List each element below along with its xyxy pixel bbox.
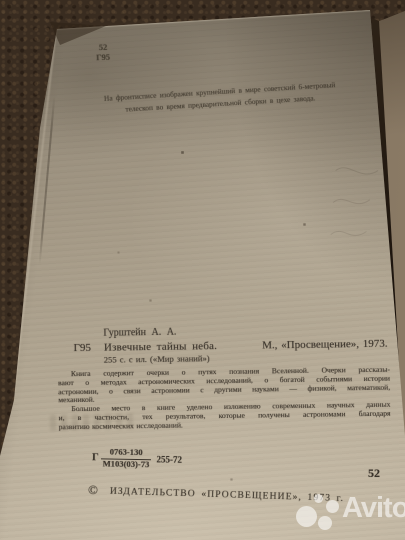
page-left-edge	[12, 30, 57, 403]
paper-specks	[0, 0, 1, 1]
page-crease	[39, 95, 55, 264]
avito-brand-text: Avito	[342, 492, 405, 525]
catalog-fraction: 0763-130 М103(03)-73	[101, 447, 152, 470]
catalog-prefix: Г	[92, 453, 99, 464]
imprint-page: 52 Г95 На фронтисписе изображен крупнейш…	[0, 0, 405, 540]
catalog-letter-index: Г95	[73, 342, 91, 354]
library-codes: 52 Г95	[96, 43, 111, 63]
imprint: М., «Просвещение», 1973.	[262, 338, 388, 352]
book-title: Извечные тайны неба.	[104, 340, 217, 354]
avito-watermark: Avito	[296, 492, 405, 540]
author-name: Гурштейн А. А.	[103, 324, 389, 339]
copyright-icon: ©	[88, 482, 98, 498]
bibliographic-entry: Гурштейн А. А. Г95 Извечные тайны неба. …	[57, 324, 390, 432]
frontispiece-note: На фронтисписе изображен крупнейший в ми…	[64, 77, 377, 118]
author-sign-code: Г95	[96, 52, 110, 62]
avito-logo-icon	[296, 494, 342, 538]
catalog-suffix: 255-72	[156, 454, 182, 464]
catalog-index-notation: Г 0763-130 М103(03)-73 255-72	[92, 447, 182, 470]
page-number: 52	[368, 466, 380, 481]
annotation: Книга содержит очерки о путях познания В…	[58, 366, 391, 432]
book-photo: 52 Г95 На фронтисписе изображен крупнейш…	[0, 0, 405, 540]
catalog-denominator: М103(03)-73	[101, 459, 152, 470]
